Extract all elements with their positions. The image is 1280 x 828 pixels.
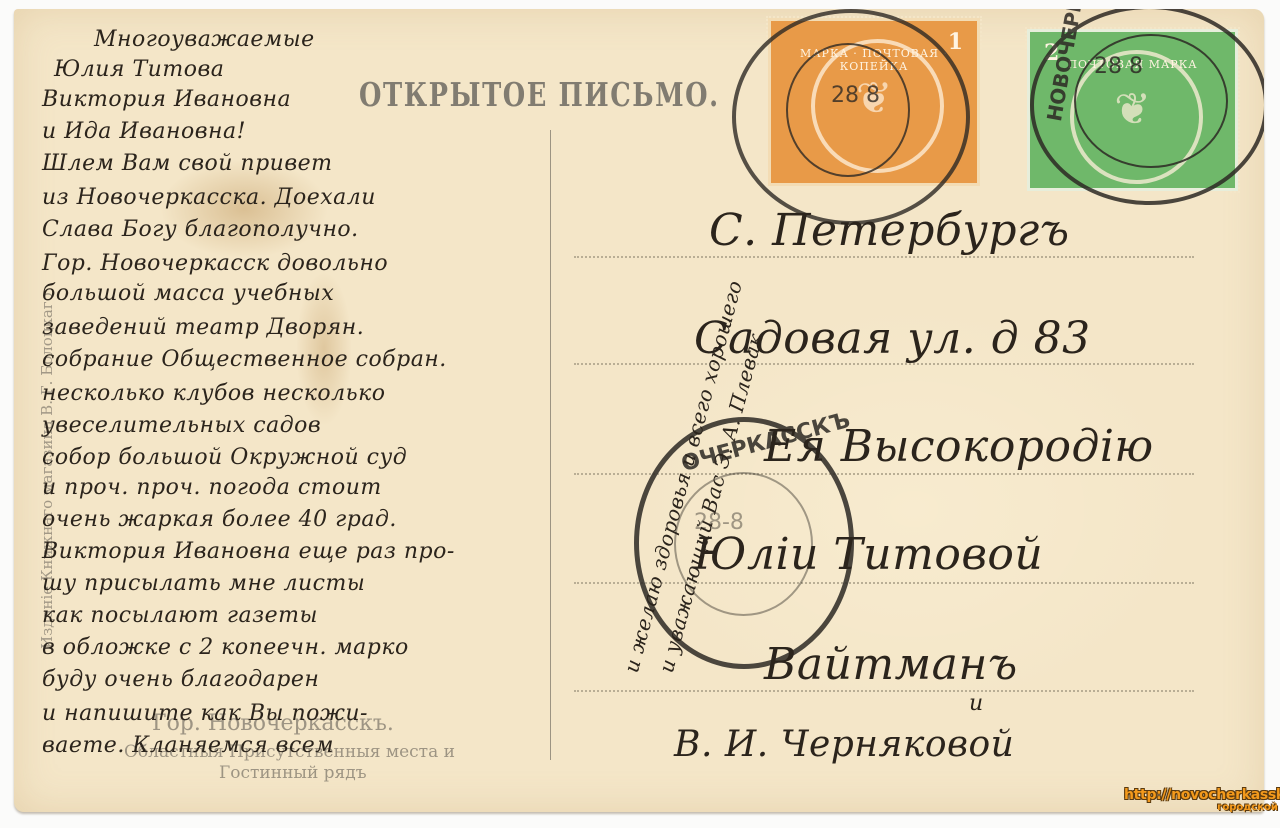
address-title: Ея Высокородію [764, 421, 1154, 472]
letter-line: как посылают газеты [42, 603, 318, 628]
letter-line: Многоуважаемые [94, 27, 315, 52]
address-line [574, 690, 1194, 692]
letter-line: ваете. Кланяемся всем [42, 733, 334, 758]
letter-line: увеселительных садов [42, 413, 321, 438]
watermark-url: http://novocherkassk.net/ [1124, 787, 1280, 803]
postmark-inner-ring [786, 43, 910, 177]
letter-line: буду очень благодарен [42, 667, 319, 692]
site-watermark: http://novocherkassk.net/ городской фору… [1124, 787, 1280, 813]
postmark-date: 28 8 [831, 83, 880, 108]
postmark-top-left: 28 8 [732, 9, 970, 225]
letter-line: большой масса учебных [42, 281, 334, 306]
letter-line: очень жаркая более 40 град. [42, 507, 397, 532]
letter-line: шу присылать мне листы [42, 571, 365, 596]
address-street: Садовая ул. д 83 [694, 313, 1091, 364]
letter-line: заведений театр Дворян. [42, 315, 364, 340]
letter-line: собор большой Окружной суд [42, 445, 407, 470]
letter-line: и Ида Ивановна! [42, 119, 246, 144]
letter-line: и проч. проч. погода стоит [42, 475, 382, 500]
postcard: ОТКРЫТОЕ ПИСЬМО. Изданіе Книжнаго магази… [14, 9, 1264, 812]
address-recipient: Юліи Титовой [694, 529, 1043, 580]
letter-line: и напишите как Вы пожи- [42, 701, 368, 726]
letter-line: собрание Общественное собран. [42, 347, 447, 372]
stamp-value: 1 [948, 29, 963, 55]
letter-line: Виктория Ивановна еще раз про- [42, 539, 455, 564]
center-divider [550, 130, 551, 760]
address-and: и [969, 691, 984, 716]
caption-description-2: Гостинный рядъ [219, 763, 367, 783]
printed-title: ОТКРЫТОЕ ПИСЬМО. [359, 75, 720, 114]
address-line [574, 256, 1194, 258]
letter-line: Гор. Новочеркасск довольно [42, 251, 388, 276]
letter-line: в обложке с 2 копеечн. марко [42, 635, 409, 660]
letter-line: Виктория Ивановна [42, 87, 291, 112]
letter-line: из Новочеркасска. Доехали [42, 185, 376, 210]
letter-line: Юлия Титова [54, 57, 224, 82]
address-recipient-surname: Вайтманъ [764, 639, 1018, 690]
address-city: С. Петербургъ [709, 205, 1070, 256]
letter-line: Слава Богу благополучно. [42, 217, 359, 242]
letter-line: Шлем Вам свой привет [42, 151, 333, 176]
postmark-date: 28 8 [1094, 54, 1143, 79]
letter-line: несколько клубов несколько [42, 381, 386, 406]
postmark-top-right: НОВОЧЕРКАССКЪ 28 8 [1030, 9, 1264, 205]
address-second-recipient: В. И. Черняковой [674, 724, 1014, 765]
watermark-subtitle: городской форум [1124, 802, 1280, 813]
